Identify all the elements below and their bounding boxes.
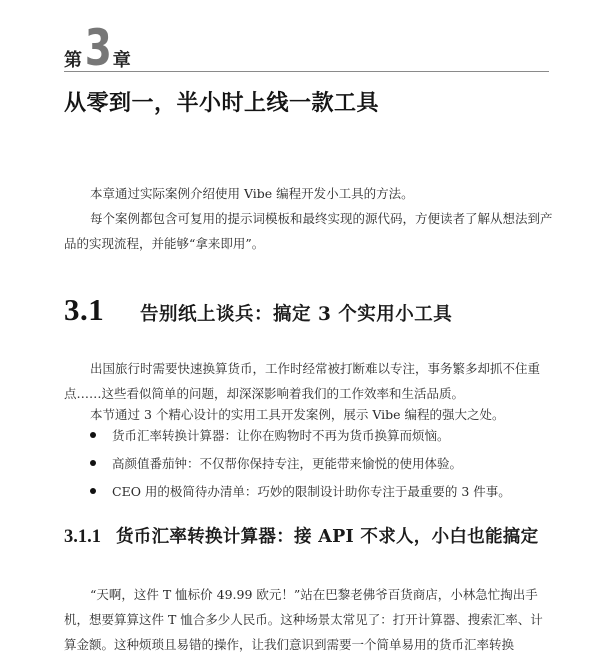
list-item: 高颜值番茄钟：不仅帮你保持专注，更能带来愉悦的使用体验。 (90, 449, 560, 477)
tool-list: 货币汇率转换计算器：让你在购物时不再为货币换算而烦恼。 高颜值番茄钟：不仅帮你保… (90, 421, 560, 505)
subsection-title: 货币汇率转换计算器：接 API 不求人，小白也能搞定 (116, 523, 538, 548)
list-item-text: 货币汇率转换计算器：让你在购物时不再为货币换算而烦恼。 (112, 426, 450, 444)
list-item-text: 高颜值番茄钟：不仅帮你保持专注，更能带来愉悦的使用体验。 (112, 454, 462, 472)
chapter-prefix: 第 (64, 52, 82, 70)
chapter-title: 从零到一，半小时上线一款工具 (64, 86, 379, 117)
bullet-icon (90, 488, 96, 494)
section-number: 3.1 (64, 292, 140, 328)
subsection-number: 3.1.1 (64, 527, 116, 548)
intro-paragraph-2: 每个案例都包含可复用的提示词模板和最终实现的源代码，方便读者了解从想法到产品的实… (64, 206, 554, 256)
list-item-text: CEO 用的极简待办清单：巧妙的限制设计助你专注于最重要的 3 件事。 (112, 482, 511, 500)
chapter-rule (64, 71, 549, 72)
section-paragraph-1: 出国旅行时需要快速换算货币，工作时经常被打断难以专注，事务繁多却抓不住重点……这… (64, 356, 554, 406)
chapter-heading: 第 3 章 (64, 20, 131, 72)
section-title: 告别纸上谈兵：搞定 3 个实用小工具 (140, 300, 452, 326)
section-heading: 3.1 告别纸上谈兵：搞定 3 个实用小工具 (64, 292, 452, 328)
list-item: CEO 用的极简待办清单：巧妙的限制设计助你专注于最重要的 3 件事。 (90, 477, 560, 505)
subsection-paragraph: “天啊，这件 T 恤标价 49.99 欧元！”站在巴黎老佛爷百货商店，小林急忙掏… (64, 582, 554, 654)
chapter-number: 3 (85, 25, 111, 73)
bullet-icon (90, 432, 96, 438)
chapter-suffix: 章 (113, 52, 131, 70)
intro-paragraph-1: 本章通过实际案例介绍使用 Vibe 编程开发小工具的方法。 (64, 181, 554, 206)
bullet-icon (90, 460, 96, 466)
subsection-heading: 3.1.1 货币汇率转换计算器：接 API 不求人，小白也能搞定 (64, 523, 538, 548)
list-item: 货币汇率转换计算器：让你在购物时不再为货币换算而烦恼。 (90, 421, 560, 449)
